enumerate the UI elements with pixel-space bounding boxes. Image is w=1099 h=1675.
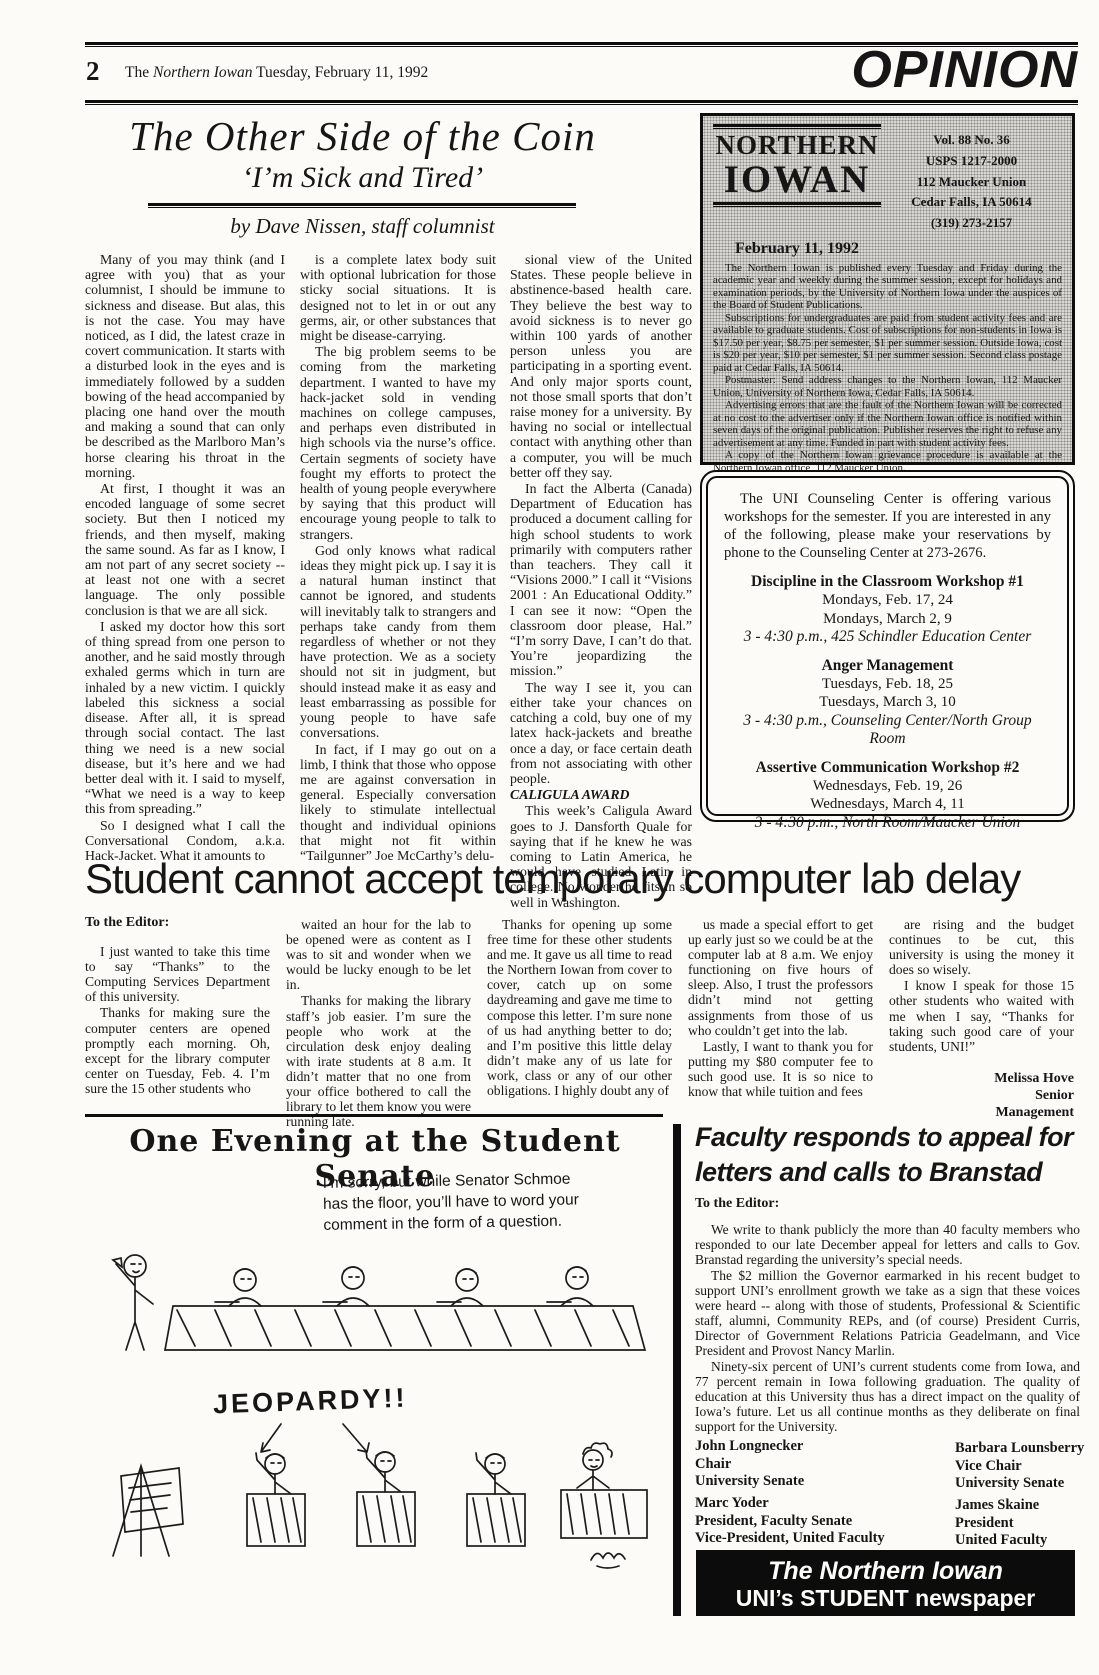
- letter1-salutation: To the Editor:: [85, 915, 270, 930]
- subscription-notice: Subscriptions for undergraduates are pai…: [713, 312, 1062, 375]
- masthead-brand: NORTHERN IOWAN: [713, 124, 881, 234]
- brand-rule-bottom: [713, 202, 881, 207]
- paragraph: In fact, if I may go out on a limb, I th…: [300, 742, 496, 864]
- issue-date: Tuesday, February 11, 1992: [256, 64, 428, 81]
- counseling-center-box: The UNI Counseling Center is offering va…: [700, 470, 1075, 822]
- usps-number: USPS 1217-2000: [881, 151, 1062, 172]
- counseling-center-box-inner: The UNI Counseling Center is offering va…: [706, 476, 1069, 816]
- letter1-column-5: are rising and the budget continues to b…: [889, 917, 1074, 1121]
- signature-title: United Faculty: [955, 1532, 1047, 1550]
- page-number: 2: [86, 56, 100, 87]
- letter1-column-2: waited an hour for the lab to be opened …: [286, 917, 471, 1130]
- paragraph: God only knows what radical ideas they m…: [300, 543, 496, 741]
- section-divider-bar: [673, 1124, 681, 1616]
- paragraph: The big problem seems to be coming from …: [300, 344, 496, 542]
- workshop-date: Tuesdays, March 3, 10: [724, 693, 1051, 712]
- paragraph: are rising and the budget continues to b…: [889, 917, 1074, 977]
- signature-name: John Longnecker: [695, 1438, 804, 1456]
- signature-name: Melissa Hove: [889, 1070, 1074, 1087]
- workshop-time-location: 3 - 4:30 p.m., North Room/Maucker Union: [724, 814, 1051, 833]
- caligula-award-subhead: CALIGULA AWARD: [510, 787, 692, 802]
- promo-line-1: The Northern Iowan: [696, 1557, 1075, 1585]
- phone-number: (319) 273-2157: [881, 213, 1062, 234]
- signature-james-skaine: James Skaine President United Faculty: [955, 1497, 1047, 1550]
- brand-name-bottom: IOWAN: [713, 160, 881, 199]
- letter1-signature: Melissa Hove Senior Management: [889, 1070, 1074, 1121]
- workshop-title: Discipline in the Classroom Workshop #1: [724, 572, 1051, 591]
- workshop-title: Anger Management: [724, 656, 1051, 675]
- workshop-anger-management: Anger Management Tuesdays, Feb. 18, 25 T…: [724, 656, 1051, 749]
- address-line-1: 112 Maucker Union: [881, 172, 1062, 193]
- signature-name: James Skaine: [955, 1497, 1047, 1515]
- masthead-date: February 11, 1992: [735, 240, 1062, 258]
- signature-name: Marc Yoder: [695, 1495, 885, 1513]
- feature-column-2: is a complete latex body suit with optio…: [300, 252, 496, 864]
- workshop-time-location: 3 - 4:30 p.m., 425 Schindler Education C…: [724, 628, 1051, 647]
- feature-column-1: Many of you may think (and I agree with …: [85, 252, 285, 864]
- feature-column-3: sional view of the United States. These …: [510, 252, 692, 911]
- signature-john-longnecker: John Longnecker Chair University Senate: [695, 1438, 804, 1491]
- signature-name: Barbara Lounsberry: [955, 1440, 1084, 1458]
- paragraph: Lastly, I want to thank you for putting …: [688, 1039, 873, 1099]
- issue-prefix: The: [125, 64, 149, 81]
- letter2-headline-line2: letters and calls to Branstad: [695, 1157, 1042, 1188]
- paragraph: I know I speak for those 15 other studen…: [889, 978, 1074, 1053]
- workshop-title: Assertive Communication Workshop #2: [724, 758, 1051, 777]
- letter1-column-1: To the Editor: I just wanted to take thi…: [85, 915, 270, 1097]
- brand-rule-top: [713, 124, 881, 129]
- paragraph: waited an hour for the lab to be opened …: [286, 917, 471, 992]
- workshop-date: Mondays, March 2, 9: [724, 610, 1051, 629]
- issue-line: The Northern Iowan Tuesday, February 11,…: [125, 64, 428, 82]
- paragraph: sional view of the United States. These …: [510, 252, 692, 480]
- signature-title: President: [955, 1515, 1047, 1533]
- promo-line-2: UNI’s STUDENT newspaper: [696, 1585, 1075, 1612]
- workshop-date: Wednesdays, March 4, 11: [724, 795, 1051, 814]
- signature-title: University Senate: [695, 1473, 804, 1491]
- issue-paper-name: Northern Iowan: [153, 64, 252, 81]
- feature-byline: by Dave Nissen, staff columnist: [110, 214, 615, 239]
- letter2-body: We write to thank publicly the more than…: [695, 1222, 1080, 1435]
- paragraph: We write to thank publicly the more than…: [695, 1222, 1080, 1267]
- workshop-date: Wednesdays, Feb. 19, 26: [724, 777, 1051, 796]
- paragraph: The $2 million the Governor earmarked in…: [695, 1268, 1080, 1358]
- volume-number: Vol. 88 No. 36: [881, 130, 1062, 151]
- signature-title: Senior: [889, 1087, 1074, 1104]
- paragraph: At first, I thought it was an encoded la…: [85, 481, 285, 618]
- paragraph: Many of you may think (and I agree with …: [85, 252, 285, 480]
- signature-title: President, Faculty Senate: [695, 1513, 885, 1531]
- masthead-notices: The Northern Iowan is published every Tu…: [713, 262, 1062, 475]
- workshop-assertive-communication: Assertive Communication Workshop #2 Wedn…: [724, 758, 1051, 833]
- address-line-2: Cedar Falls, IA 50614: [881, 192, 1062, 213]
- workshop-date: Tuesdays, Feb. 18, 25: [724, 675, 1051, 694]
- workshop-time-location: 3 - 4:30 p.m., Counseling Center/North G…: [724, 712, 1051, 749]
- newspaper-promo-box: The Northern Iowan UNI’s STUDENT newspap…: [696, 1550, 1075, 1616]
- workshop-discipline: Discipline in the Classroom Workshop #1 …: [724, 572, 1051, 647]
- signature-barbara-lounsberry: Barbara Lounsberry Vice Chair University…: [955, 1440, 1084, 1493]
- paragraph: us made a special effort to get up early…: [688, 917, 873, 1038]
- letter1-headline: Student cannot accept temporary computer…: [85, 855, 1078, 903]
- feature-rule: [148, 203, 576, 208]
- paragraph: is a complete latex body suit with optio…: [300, 252, 496, 343]
- publication-notice: The Northern Iowan is published every Tu…: [713, 262, 1062, 312]
- paragraph: Thanks for making the library staff’s jo…: [286, 993, 471, 1129]
- paragraph: Thanks for opening up some free time for…: [487, 917, 672, 1098]
- signature-title: Chair: [695, 1456, 804, 1474]
- letter1-column-3: Thanks for opening up some free time for…: [487, 917, 672, 1099]
- header-bottom-rule: [85, 100, 1078, 105]
- signature-title: Management: [889, 1104, 1074, 1121]
- letters-divider-rule: [85, 1114, 663, 1117]
- signature-title: Vice-President, United Faculty: [695, 1530, 885, 1548]
- paragraph: In fact the Alberta (Canada) Department …: [510, 481, 692, 679]
- paragraph: I just wanted to take this time to say “…: [85, 944, 270, 1004]
- feature-subtitle: ‘I’m Sick and Tired’: [110, 161, 615, 195]
- brand-name-top: NORTHERN: [713, 132, 881, 159]
- advertising-notice: Advertising errors that are the fault of…: [713, 399, 1062, 449]
- signature-marc-yoder: Marc Yoder President, Faculty Senate Vic…: [695, 1495, 885, 1548]
- paragraph: I asked my doctor how this sort of thing…: [85, 619, 285, 817]
- signature-title: Vice Chair: [955, 1458, 1084, 1476]
- paragraph: Ninety-six percent of UNI’s current stud…: [695, 1359, 1080, 1434]
- letter1-column-4: us made a special effort to get up early…: [688, 917, 873, 1100]
- masthead-info: Vol. 88 No. 36 USPS 1217-2000 112 Maucke…: [881, 124, 1062, 234]
- paragraph: The way I see it, you can either take yo…: [510, 680, 692, 786]
- senate-cartoon: One Evening at the Student Senate I’m so…: [85, 1124, 665, 1574]
- masthead-box: NORTHERN IOWAN Vol. 88 No. 36 USPS 1217-…: [700, 113, 1075, 465]
- senate-cartoon-drawing: [85, 1164, 665, 1574]
- postmaster-notice: Postmaster: Send address changes to the …: [713, 374, 1062, 399]
- newspaper-page: 2 The Northern Iowan Tuesday, February 1…: [0, 0, 1099, 1675]
- signature-title: University Senate: [955, 1475, 1084, 1493]
- paragraph: Thanks for making sure the computer cent…: [85, 1005, 270, 1096]
- workshop-date: Mondays, Feb. 17, 24: [724, 591, 1051, 610]
- letter2-headline-line1: Faculty responds to appeal for: [695, 1122, 1073, 1153]
- letter2-salutation: To the Editor:: [695, 1196, 779, 1212]
- feature-title: The Other Side of the Coin: [110, 112, 615, 160]
- section-title: OPINION: [690, 40, 1078, 100]
- counseling-intro: The UNI Counseling Center is offering va…: [724, 490, 1051, 562]
